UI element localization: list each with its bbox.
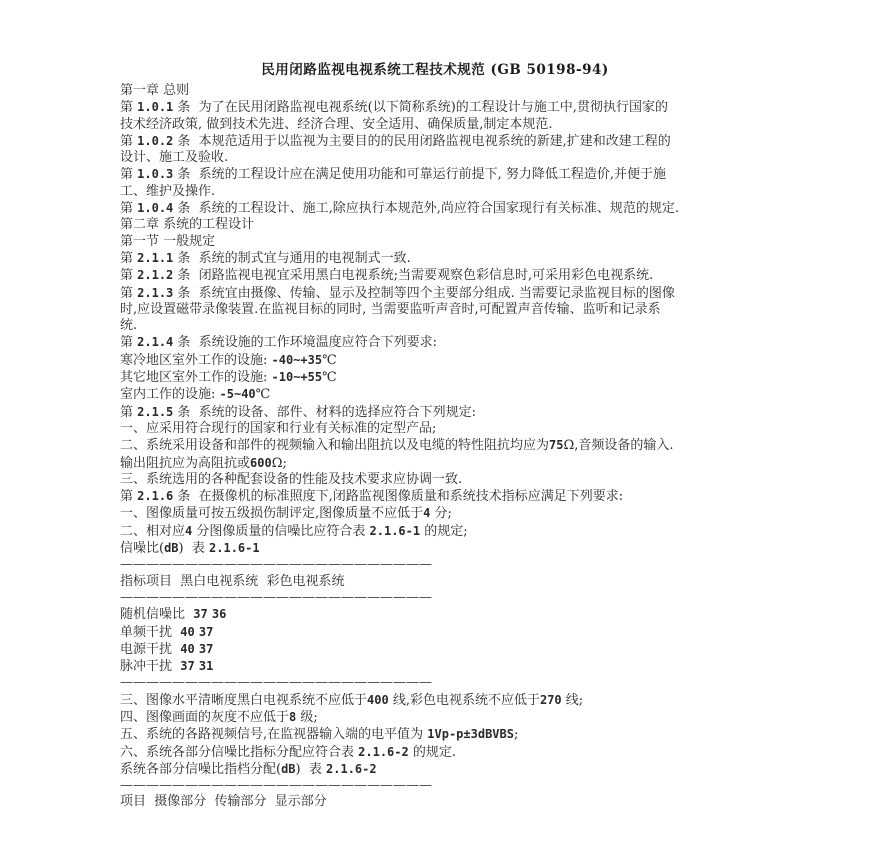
article-1-0-2-line-1: 第 1.0.2 条 本规范适用于以监视为主要目的的民用闭路监视电视系统的新建,扩… xyxy=(120,133,870,150)
article-2-1-6-item-4: 四、图像画面的灰度不应低于8 级; xyxy=(120,709,870,726)
chapter-2-heading: 第二章 系统的工程设计 xyxy=(120,217,870,233)
article-2-1-6: 第 2.1.6 条 在摄像机的标准照度下,闭路监视图像质量和系统技术指标应满足下… xyxy=(120,488,870,505)
table-1-row-power: 电源干扰 40 37 xyxy=(120,641,870,658)
temp-indoor: 室内工作的设施: -5~40℃ xyxy=(120,386,870,403)
document-page: 民用闭路监视电视系统工程技术规范 (GB 50198-94) 第一章 总则 第 … xyxy=(0,0,870,842)
article-2-1-5-item-2-line-2: 输出阻抗应为高阻抗或600Ω; xyxy=(120,455,870,472)
table-2-caption: 系统各部分信噪比指档分配(dB) 表 2.1.6-2 xyxy=(120,761,870,778)
chapter-1-heading: 第一章 总则 xyxy=(120,83,870,99)
article-1-0-3-line-1: 第 1.0.3 条 系统的工程设计应在满足使用功能和可靠运行前提下, 努力降低工… xyxy=(120,166,870,183)
article-2-1-6-item-1: 一、图像质量可按五级损伤制评定,图像质量不应低于4 分; xyxy=(120,505,870,522)
temp-other-outdoor: 其它地区室外工作的设施: -10~+55℃ xyxy=(120,369,870,386)
table-2-rule-top: ———————————————————————— xyxy=(120,778,435,794)
article-1-0-2-line-2: 设计、施工及验收. xyxy=(120,150,870,166)
section-2-1-heading: 第一节 一般规定 xyxy=(120,234,870,250)
article-1-0-3-line-2: 工、维护及操作. xyxy=(120,184,870,200)
article-2-1-6-item-3: 三、图像水平清晰度黑白电视系统不应低于400 线,彩色电视系统不应低于270 线… xyxy=(120,692,870,709)
article-2-1-4: 第 2.1.4 条 系统设施的工作环境温度应符合下列要求: xyxy=(120,334,870,351)
table-2-header-row: 项目 摄像部分 传输部分 显示部分 xyxy=(120,794,870,810)
article-2-1-3-line-2: 时,应设置磁带录像装置.在监视目标的同时, 当需要监听声音时,可配置声音传输、监… xyxy=(120,302,870,318)
temp-cold-outdoor: 寒冷地区室外工作的设施: -40~+35℃ xyxy=(120,352,870,369)
article-2-1-3-line-1: 第 2.1.3 条 系统宜由摄像、传输、显示及控制等四个主要部分组成. 当需要记… xyxy=(120,285,870,302)
article-1-0-4: 第 1.0.4 条 系统的工程设计、施工,除应执行本规范外,尚应符合国家现行有关… xyxy=(120,200,870,217)
document-body: 第一章 总则 第 1.0.1 条 为了在民用闭路监视电视系统(以下简称系统)的工… xyxy=(0,83,870,811)
article-2-1-5: 第 2.1.5 条 系统的设备、部件、材料的选择应符合下列规定: xyxy=(120,404,870,421)
article-1-0-1-line-2: 技术经济政策, 做到技术先进、经济合理、安全适用、确保质量,制定本规范. xyxy=(120,117,870,133)
table-1-caption: 信噪比(dB) 表 2.1.6-1 xyxy=(120,540,870,557)
table-1-rule-bottom: ———————————————————————— xyxy=(120,675,435,691)
table-1-rule-top: ———————————————————————— xyxy=(120,557,435,573)
table-1-rule-mid: ———————————————————————— xyxy=(120,590,435,606)
article-2-1-1: 第 2.1.1 条 系统的制式宜与通用的电视制式一致. xyxy=(120,250,870,267)
article-2-1-6-item-6: 六、系统各部分信噪比指标分配应符合表 2.1.6-2 的规定. xyxy=(120,744,870,761)
document-title: 民用闭路监视电视系统工程技术规范 (GB 50198-94) xyxy=(0,0,870,79)
article-2-1-6-item-5: 五、系统的各路视频信号,在监视器输入端的电平值为 1Vp-p±3dBVBS; xyxy=(120,726,870,743)
table-1-row-random-snr: 随机信噪比 37 36 xyxy=(120,606,870,623)
table-1-row-pulse: 脉冲干扰 37 31 xyxy=(120,658,870,675)
table-1-header-row: 指标项目 黑白电视系统 彩色电视系统 xyxy=(120,574,870,590)
table-1-row-single-freq: 单频干扰 40 37 xyxy=(120,624,870,641)
article-1-0-1-line-1: 第 1.0.1 条 为了在民用闭路监视电视系统(以下简称系统)的工程设计与施工中… xyxy=(120,99,870,116)
article-2-1-5-item-3: 三、系统选用的各种配套设备的性能及技术要求应协调一致. xyxy=(120,472,870,488)
article-2-1-2: 第 2.1.2 条 闭路监视电视宜采用黑白电视系统;当需要观察色彩信息时,可采用… xyxy=(120,267,870,284)
article-2-1-3-line-3: 统. xyxy=(120,318,870,334)
article-2-1-6-item-2: 二、相对应4 分图像质量的信噪比应符合表 2.1.6-1 的规定; xyxy=(120,523,870,540)
article-2-1-5-item-2-line-1: 二、系统采用设备和部件的视频输入和输出阻抗以及电缆的特性阻抗均应为75Ω,音频设… xyxy=(120,437,870,454)
article-2-1-5-item-1: 一、应采用符合现行的国家和行业有关标准的定型产品; xyxy=(120,421,870,437)
